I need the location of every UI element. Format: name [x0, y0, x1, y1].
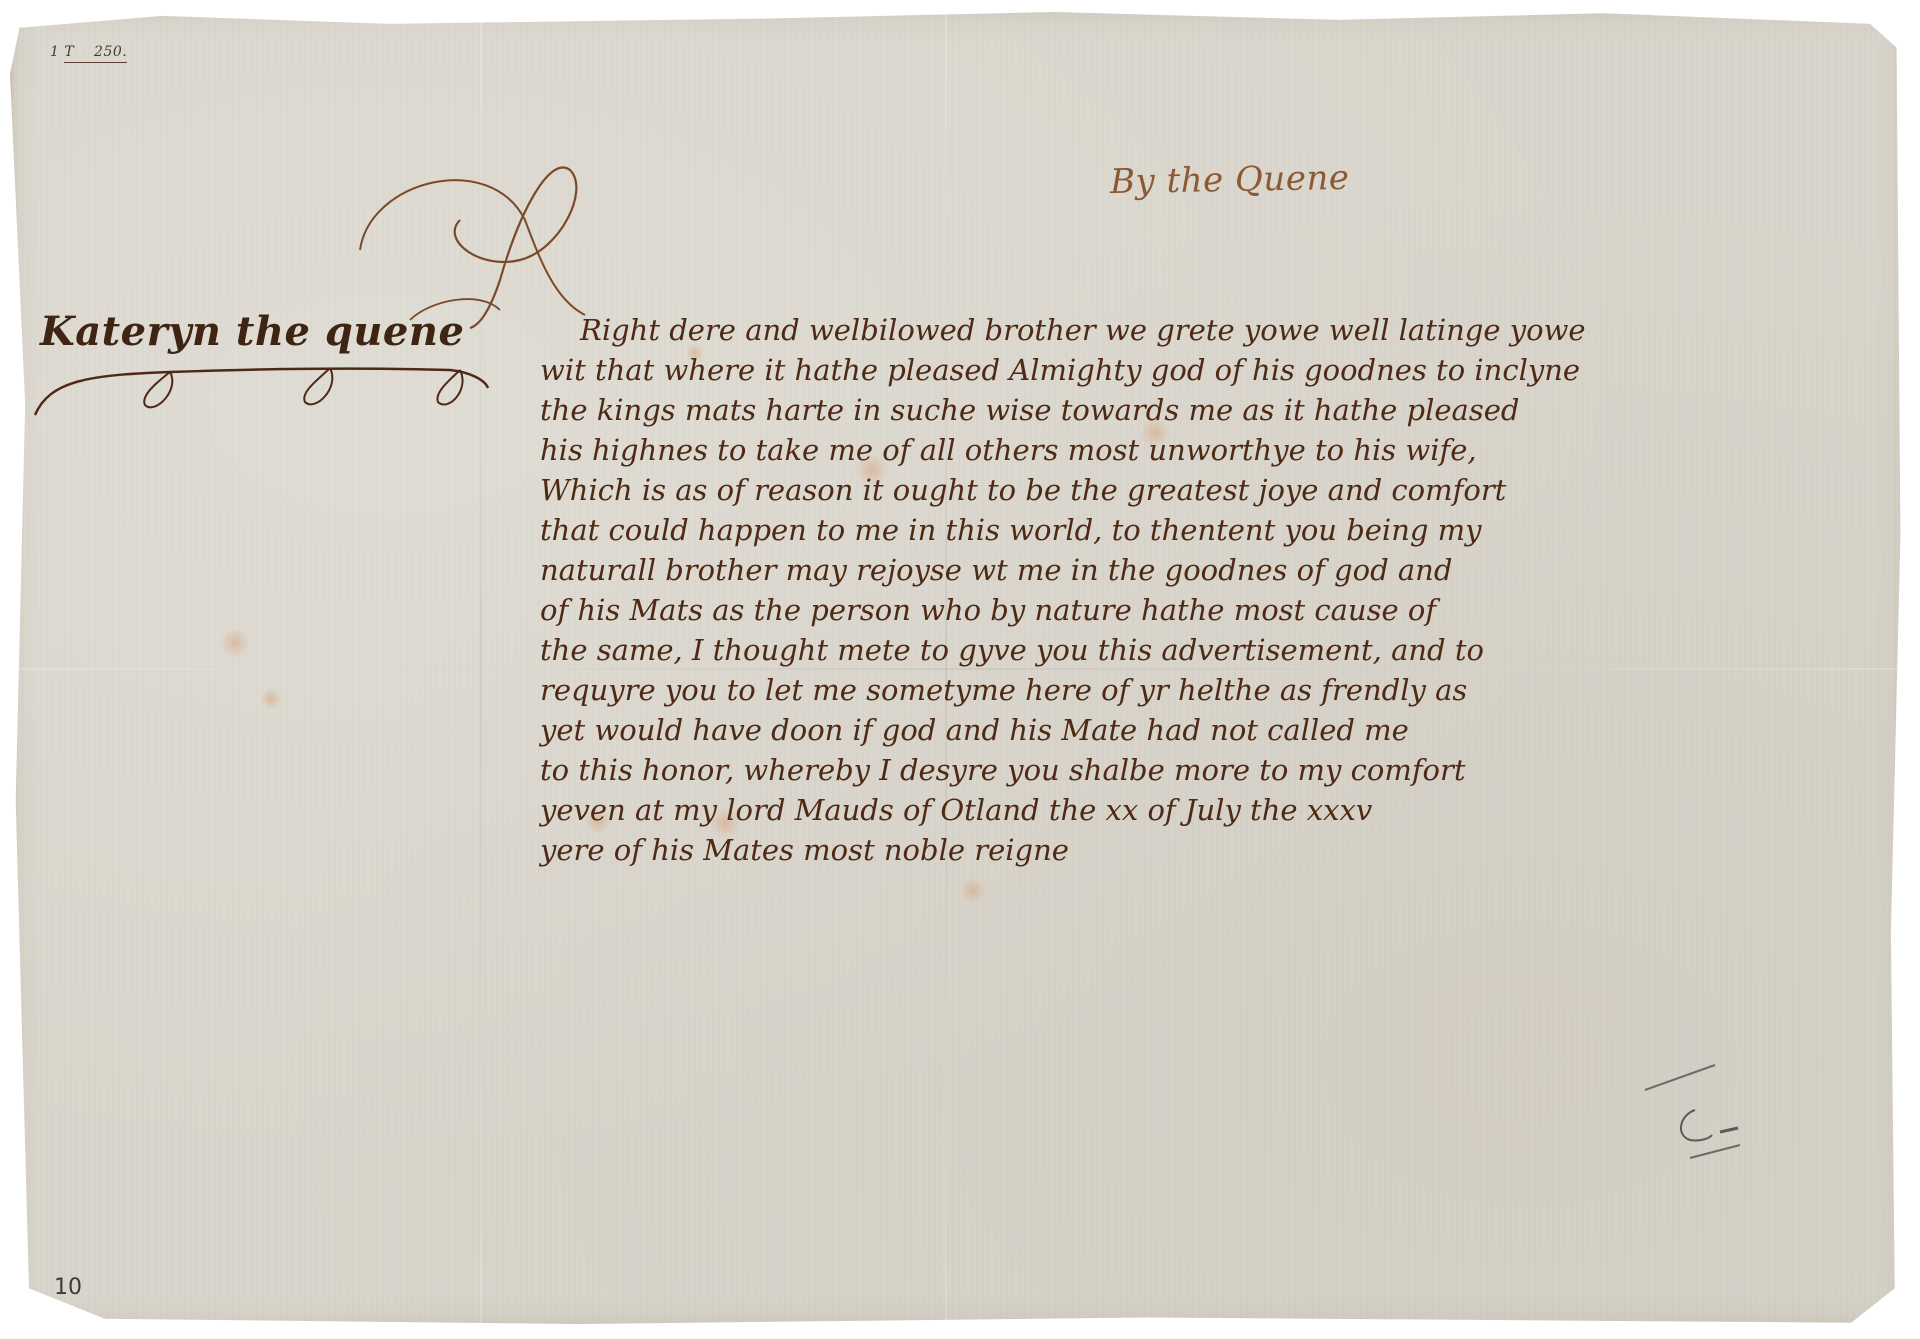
- letter-line: yet would have doon if god and his Mate …: [540, 710, 1890, 750]
- signature: Kateryn the quene: [40, 308, 464, 355]
- pencil-annotation-mark: [1640, 1040, 1760, 1160]
- letter-line: yeven at my lord Mauds of Otland the xx …: [540, 790, 1890, 830]
- foxing-stain: [220, 628, 250, 658]
- letter-line: naturall brother may rejoyse wt me in th…: [540, 550, 1890, 590]
- letter-line: Right dere and welbilowed brother we gre…: [540, 310, 1890, 350]
- letter-line: requyre you to let me sometyme here of y…: [540, 670, 1890, 710]
- superscription: By the Quene: [1110, 158, 1350, 202]
- shelfmark-prefix: 1: [50, 44, 59, 60]
- shelfmark-number: 250.: [94, 44, 127, 60]
- shelfmark: 1 T 250.: [50, 44, 127, 63]
- letter-line: the same, I thought mete to gyve you thi…: [540, 630, 1890, 670]
- letter-line: Which is as of reason it ought to be the…: [540, 470, 1890, 510]
- letter-line: his highnes to take me of all others mos…: [540, 430, 1890, 470]
- signature-flourish: [30, 360, 490, 420]
- letter-line: the kings mats harte in suche wise towar…: [540, 390, 1890, 430]
- shelfmark-mark: T: [64, 44, 74, 60]
- letter-body: Right dere and welbilowed brother we gre…: [540, 310, 1890, 870]
- letter-line: wit that where it hathe pleased Almighty…: [540, 350, 1890, 390]
- letter-line: yere of his Mates most noble reigne: [540, 830, 1890, 870]
- folio-number: 10: [54, 1275, 82, 1300]
- foxing-stain: [260, 688, 282, 710]
- foxing-stain: [960, 878, 986, 904]
- letter-line: that could happen to me in this world, t…: [540, 510, 1890, 550]
- letter-line: of his Mats as the person who by nature …: [540, 590, 1890, 630]
- shelfmark-underlined: T 250.: [64, 44, 127, 63]
- decorative-initial-r: [350, 160, 610, 330]
- letter-line: to this honor, whereby I desyre you shal…: [540, 750, 1890, 790]
